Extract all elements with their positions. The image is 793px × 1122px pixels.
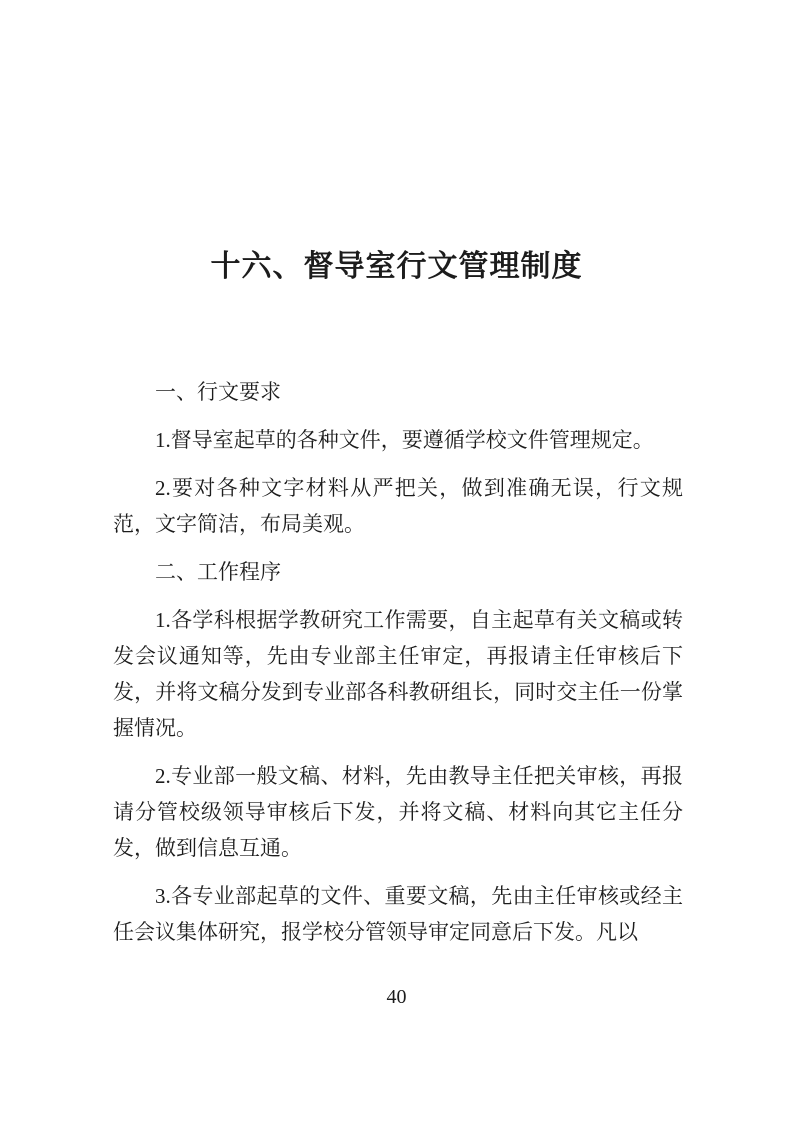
document-body: 一、行文要求 1.督导室起草的各种文件，要遵循学校文件管理规定。 2.要对各种文… [113, 374, 683, 950]
paragraph: 1.督导室起草的各种文件，要遵循学校文件管理规定。 [113, 422, 683, 458]
section-heading-2: 二、工作程序 [113, 554, 683, 590]
paragraph: 2.要对各种文字材料从严把关，做到准确无误，行文规范，文字简洁，布局美观。 [113, 470, 683, 542]
paragraph: 2.专业部一般文稿、材料，先由教导主任把关审核，再报请分管校级领导审核后下发，并… [113, 758, 683, 866]
paragraph: 1.各学科根据学教研究工作需要，自主起草有关文稿或转发会议通知等，先由专业部主任… [113, 602, 683, 746]
section-heading-1: 一、行文要求 [113, 374, 683, 410]
paragraph: 3.各专业部起草的文件、重要文稿，先由主任审核或经主任会议集体研究，报学校分管领… [113, 878, 683, 950]
document-page: 十六、督导室行文管理制度 一、行文要求 1.督导室起草的各种文件，要遵循学校文件… [0, 0, 793, 1122]
page-number: 40 [0, 984, 793, 1010]
page-title: 十六、督导室行文管理制度 [0, 0, 793, 287]
